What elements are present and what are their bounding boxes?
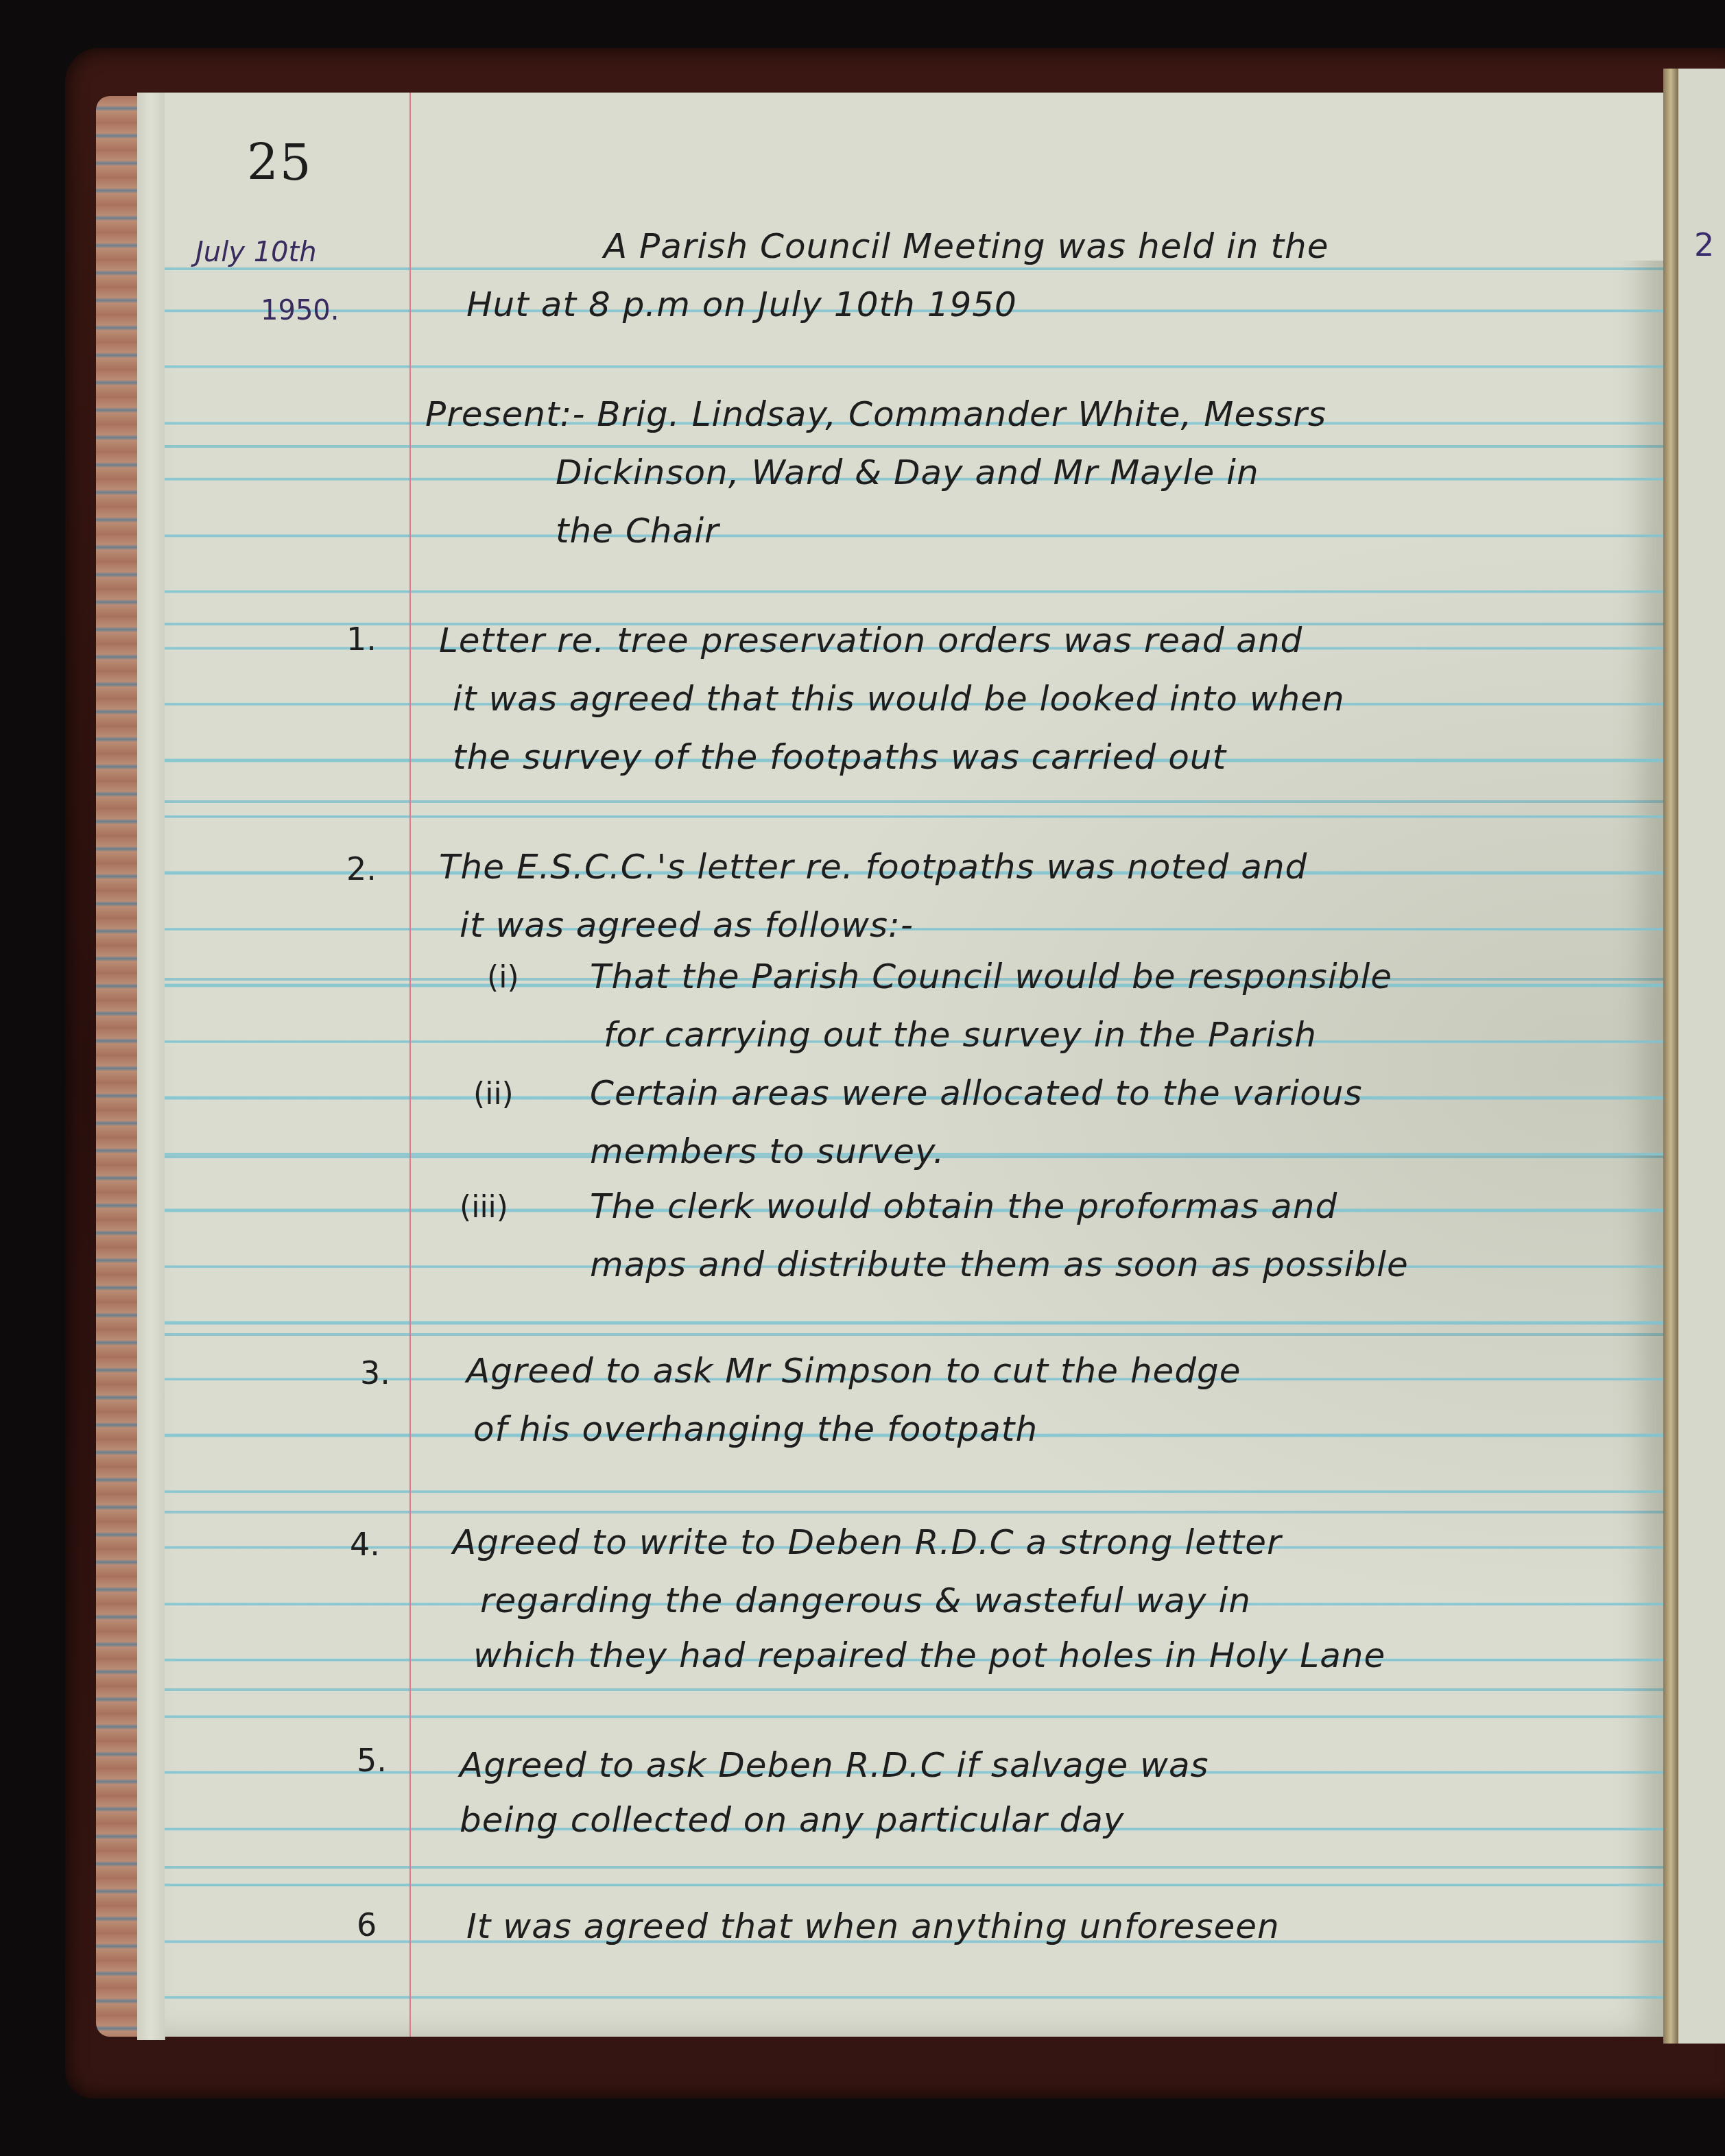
item-4-line-3: which they had repaired the pot holes in… xyxy=(473,1636,1385,1675)
item-3-line-2: of his overhanging the footpath xyxy=(473,1409,1038,1449)
facing-page xyxy=(1678,69,1725,2044)
item-4-line-1: Agreed to write to Deben R.D.C a strong … xyxy=(453,1522,1281,1562)
page-number: 25 xyxy=(247,134,313,191)
item-number: 1. xyxy=(346,621,377,658)
subitem-ii-line-1: Certain areas were allocated to the vari… xyxy=(590,1073,1363,1113)
item-1-line-2: it was agreed that this would be looked … xyxy=(453,679,1345,719)
margin-date-day: July 10th xyxy=(195,237,317,268)
facing-page-number: 2 xyxy=(1694,226,1714,263)
marbled-page-edges xyxy=(96,96,137,2037)
subitem-iii-line-2: maps and distribute them as soon as poss… xyxy=(590,1245,1409,1284)
item-number: 3. xyxy=(360,1354,390,1391)
heading-line-2: Hut at 8 p.m on July 10th 1950 xyxy=(466,285,1017,324)
subitem-iii-line-1: The clerk would obtain the proformas and xyxy=(590,1186,1337,1226)
item-number: 5. xyxy=(357,1742,387,1779)
item-5-line-1: Agreed to ask Deben R.D.C if salvage was xyxy=(460,1745,1209,1785)
subitem-i-line-1: That the Parish Council would be respons… xyxy=(590,957,1392,996)
subitem-number: (iii) xyxy=(460,1190,508,1225)
present-line-2: Dickinson, Ward & Day and Mr Mayle in xyxy=(556,453,1259,492)
page-stack xyxy=(137,93,165,2040)
item-2-line-1: The E.S.C.C.'s letter re. footpaths was … xyxy=(439,847,1307,887)
item-number: 4. xyxy=(350,1526,380,1563)
subitem-number: (i) xyxy=(487,960,519,995)
book-gutter xyxy=(1663,69,1678,2044)
item-5-line-2: being collected on any particular day xyxy=(460,1800,1124,1840)
item-1-line-3: the survey of the footpaths was carried … xyxy=(453,737,1226,777)
item-number: 2. xyxy=(346,850,377,887)
item-4-line-2: regarding the dangerous & wasteful way i… xyxy=(480,1581,1251,1620)
item-3-line-1: Agreed to ask Mr Simpson to cut the hedg… xyxy=(466,1351,1241,1391)
margin-date-year: 1950. xyxy=(261,295,340,326)
margin-line xyxy=(409,93,411,2037)
present-line-3: the Chair xyxy=(556,511,719,551)
item-number: 6 xyxy=(357,1906,377,1943)
subitem-number: (ii) xyxy=(473,1077,514,1112)
item-2-line-2: it was agreed as follows:- xyxy=(460,905,914,945)
subitem-i-line-2: for carrying out the survey in the Paris… xyxy=(604,1015,1317,1055)
item-1-line-1: Letter re. tree preservation orders was … xyxy=(439,621,1302,660)
item-6-line-1: It was agreed that when anything unfores… xyxy=(466,1906,1280,1946)
subitem-ii-line-2: members to survey. xyxy=(590,1131,945,1171)
present-line-1: Present:- Brig. Lindsay, Commander White… xyxy=(425,394,1327,434)
heading-line-1: A Parish Council Meeting was held in the xyxy=(604,226,1329,266)
